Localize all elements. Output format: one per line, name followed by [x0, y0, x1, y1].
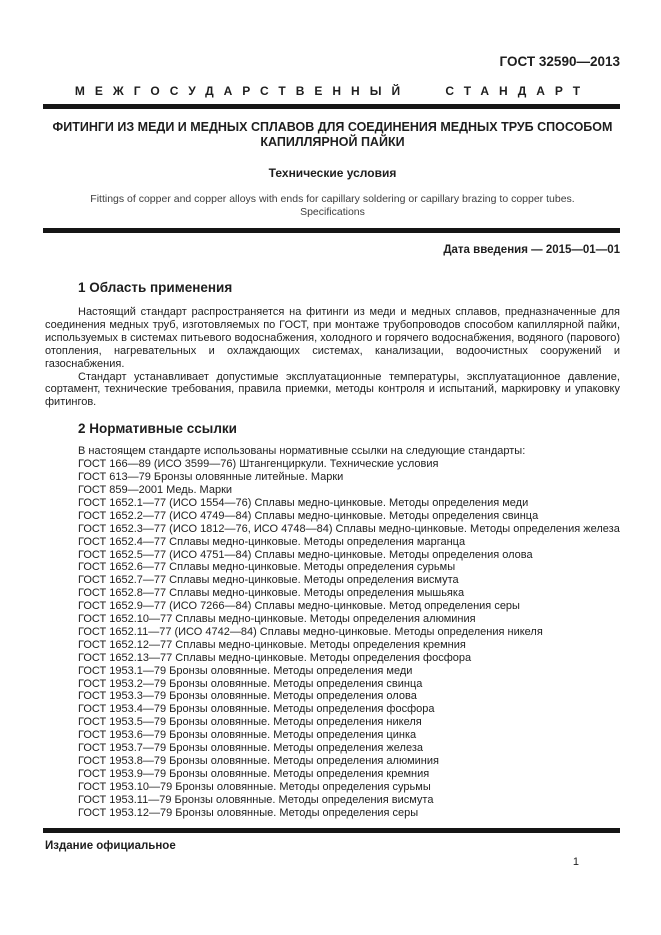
doc-subtitle-ru: Технические условия: [45, 166, 620, 180]
reference-line: ГОСТ 1652.5—77 (ИСО 4751—84) Сплавы медн…: [45, 549, 620, 562]
section-1-heading: 1 Область применения: [78, 280, 620, 295]
doc-subtitle-en-line1: Fittings of copper and copper alloys wit…: [45, 193, 620, 206]
reference-line: ГОСТ 1953.2—79 Бронзы оловянные. Методы …: [45, 678, 620, 691]
reference-line: ГОСТ 1652.9—77 (ИСО 7266—84) Сплавы медн…: [45, 600, 620, 613]
reference-line: ГОСТ 613—79 Бронзы оловянные литейные. М…: [45, 471, 620, 484]
reference-line: ГОСТ 1953.3—79 Бронзы оловянные. Методы …: [45, 690, 620, 703]
reference-line: ГОСТ 166—89 (ИСО 3599—76) Штангенциркули…: [45, 458, 620, 471]
doc-title-line1: ФИТИНГИ ИЗ МЕДИ И МЕДНЫХ СПЛАВОВ ДЛЯ СОЕ…: [45, 120, 620, 135]
reference-line: ГОСТ 1953.5—79 Бронзы оловянные. Методы …: [45, 716, 620, 729]
doc-subtitle-en: Fittings of copper and copper alloys wit…: [45, 193, 620, 218]
reference-line: ГОСТ 1953.12—79 Бронзы оловянные. Методы…: [45, 807, 620, 820]
reference-line: ГОСТ 1652.11—77 (ИСО 4742—84) Сплавы мед…: [45, 626, 620, 639]
reference-line: ГОСТ 1953.6—79 Бронзы оловянные. Методы …: [45, 729, 620, 742]
reference-line: ГОСТ 1652.3—77 (ИСО 1812—76, ИСО 4748—84…: [45, 523, 620, 536]
references-intro: В настоящем стандарте использованы норма…: [45, 445, 620, 458]
reference-line: ГОСТ 1652.6—77 Сплавы медно-цинковые. Ме…: [45, 561, 620, 574]
section-2-heading: 2 Нормативные ссылки: [78, 421, 620, 436]
doc-title-line2: КАПИЛЛЯРНОЙ ПАЙКИ: [45, 135, 620, 150]
page-number: 1: [45, 856, 620, 868]
body-paragraph: Стандарт устанавливает допустимые эксплу…: [45, 371, 620, 410]
references-list: ГОСТ 166—89 (ИСО 3599—76) Штангенциркули…: [45, 458, 620, 819]
edition-note: Издание официальное: [45, 840, 620, 852]
reference-line: ГОСТ 1953.9—79 Бронзы оловянные. Методы …: [45, 768, 620, 781]
reference-line: ГОСТ 1652.4—77 Сплавы медно-цинковые. Ме…: [45, 536, 620, 549]
reference-line: ГОСТ 1652.13—77 Сплавы медно-цинковые. М…: [45, 652, 620, 665]
reference-line: ГОСТ 1652.2—77 (ИСО 4749—84) Сплавы медн…: [45, 510, 620, 523]
reference-line: ГОСТ 1953.1—79 Бронзы оловянные. Методы …: [45, 665, 620, 678]
horizontal-rule-bottom: [43, 828, 620, 833]
reference-line: ГОСТ 1953.11—79 Бронзы оловянные. Методы…: [45, 794, 620, 807]
doc-subtitle-en-line2: Specifications: [45, 206, 620, 219]
reference-line: ГОСТ 1953.8—79 Бронзы оловянные. Методы …: [45, 755, 620, 768]
horizontal-rule-middle: [43, 228, 620, 233]
doc-number: ГОСТ 32590—2013: [45, 54, 620, 69]
reference-line: ГОСТ 1953.7—79 Бронзы оловянные. Методы …: [45, 742, 620, 755]
reference-line: ГОСТ 1953.4—79 Бронзы оловянные. Методы …: [45, 703, 620, 716]
reference-line: ГОСТ 1652.1—77 (ИСО 1554—76) Сплавы медн…: [45, 497, 620, 510]
reference-line: ГОСТ 1652.8—77 Сплавы медно-цинковые. Ме…: [45, 587, 620, 600]
standard-type-heading: МЕЖГОСУДАРСТВЕННЫЙ СТАНДАРТ: [45, 84, 620, 98]
section-1-body: Настоящий стандарт распространяется на ф…: [45, 306, 620, 409]
effective-date: Дата введения — 2015—01—01: [45, 244, 620, 256]
doc-title: ФИТИНГИ ИЗ МЕДИ И МЕДНЫХ СПЛАВОВ ДЛЯ СОЕ…: [45, 120, 620, 150]
reference-line: ГОСТ 1652.12—77 Сплавы медно-цинковые. М…: [45, 639, 620, 652]
document-page: ГОСТ 32590—2013 МЕЖГОСУДАРСТВЕННЫЙ СТАНД…: [0, 0, 661, 935]
horizontal-rule-top: [43, 104, 620, 109]
reference-line: ГОСТ 1652.10—77 Сплавы медно-цинковые. М…: [45, 613, 620, 626]
reference-line: ГОСТ 1953.10—79 Бронзы оловянные. Методы…: [45, 781, 620, 794]
reference-line: ГОСТ 1652.7—77 Сплавы медно-цинковые. Ме…: [45, 574, 620, 587]
body-paragraph: Настоящий стандарт распространяется на ф…: [45, 306, 620, 371]
reference-line: ГОСТ 859—2001 Медь. Марки: [45, 484, 620, 497]
